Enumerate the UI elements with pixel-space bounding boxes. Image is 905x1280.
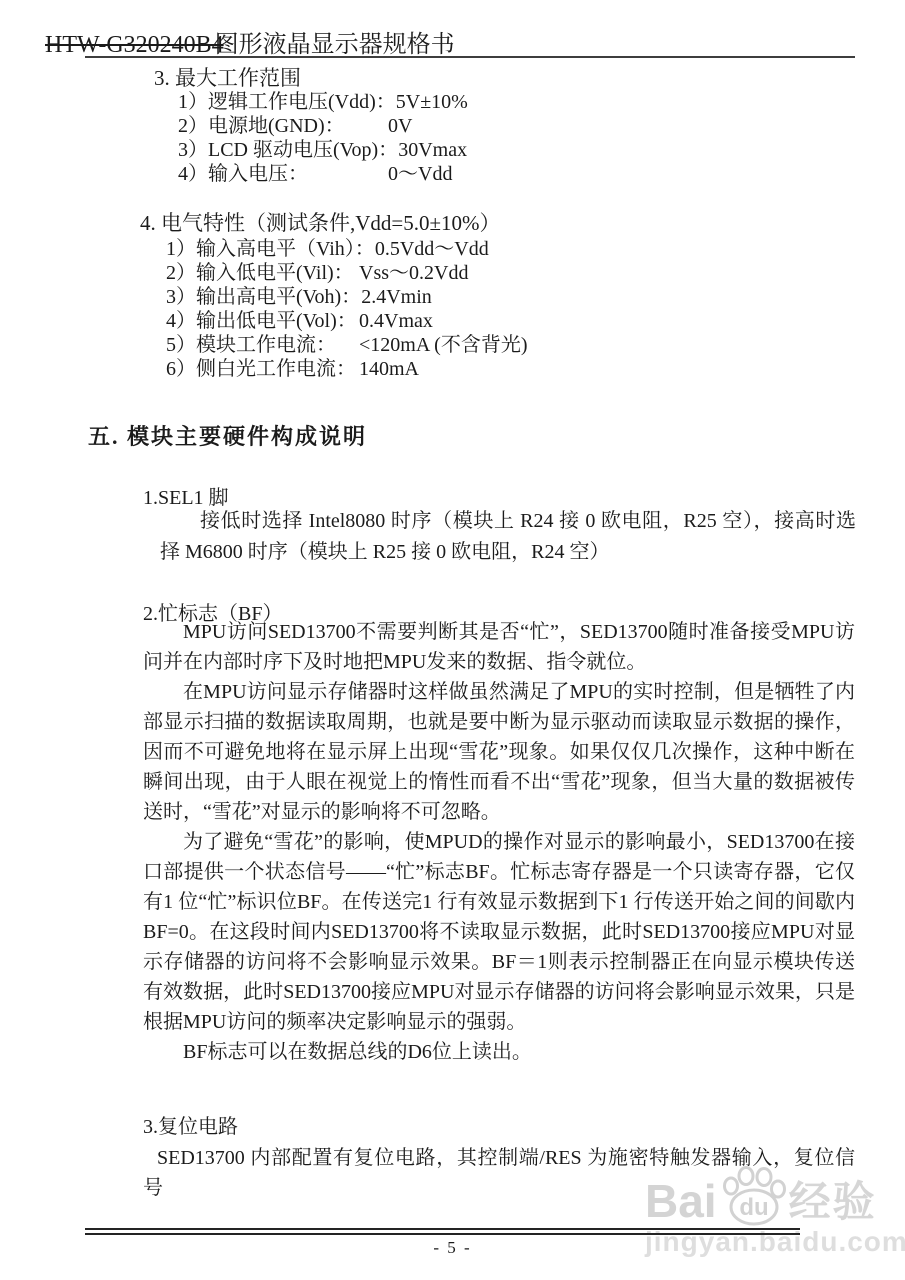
spec-label: 5）模块工作电流： (166, 333, 359, 357)
sel1-paragraph: 接低时选择 Intel8080 时序（模块上 R24 接 0 欧电阻，R25 空… (160, 506, 856, 568)
baidu-paw-icon: du (719, 1166, 787, 1230)
watermark-logo-row: Bai du 经验 (645, 1166, 905, 1224)
spec-value: 140mA (359, 357, 419, 381)
list-item: 4）输出低电平(Vol)： 0.4Vmax (166, 309, 528, 333)
spec-value: 0V (388, 114, 412, 138)
spec-value: 0～Vdd (388, 162, 452, 186)
list-item: 5）模块工作电流： <120mA (不含背光) (166, 333, 528, 357)
spec-value: 5V±10% (396, 90, 468, 114)
spec-value: 0.5Vdd～Vdd (375, 237, 489, 261)
list-item: 2）电源地(GND)： 0V (178, 114, 468, 138)
list-item: 3）输出高电平(Voh)： 2.4Vmin (166, 285, 528, 309)
electrical-list: 1）输入高电平（Vih）： 0.5Vdd～Vdd 2）输入低电平(Vil)： V… (166, 237, 528, 381)
list-item: 4）输入电压： 0～Vdd (178, 162, 468, 186)
spec-label: 2）输入低电平(Vil)： (166, 261, 359, 285)
spec-label: 4）输出低电平(Vol)： (166, 309, 359, 333)
subsection-heading-reset: 3.复位电路 (143, 1110, 238, 1139)
busy-flag-paragraph-4: BF标志可以在数据总线的D6位上读出。 (143, 1037, 855, 1067)
model-number: HTW-G320240B4 (45, 32, 224, 58)
spec-label: 1）逻辑工作电压(Vdd)： (178, 90, 396, 114)
spec-value: 2.4Vmin (361, 285, 432, 309)
spec-label: 3）LCD 驱动电压(Vop)： (178, 138, 398, 162)
busy-flag-body: MPU访问SED13700不需要判断其是否“忙”，SED13700随时准备接受M… (143, 617, 855, 1067)
footer-rule (85, 1228, 800, 1235)
spec-value: Vss～0.2Vdd (359, 261, 468, 285)
document-title: HTW-G320240B4图形液晶显示器规格书 (45, 24, 455, 59)
spec-label: 6）侧白光工作电流： (166, 357, 359, 381)
title-suffix: 图形液晶显示器规格书 (215, 32, 455, 58)
spec-value: 30Vmax (398, 138, 467, 162)
spec-label: 3）输出高电平(Voh)： (166, 285, 361, 309)
chapter-heading-hardware: 五. 模块主要硬件构成说明 (88, 420, 367, 451)
page-number: - 5 - (0, 1238, 905, 1258)
max-range-list: 1）逻辑工作电压(Vdd)： 5V±10% 2）电源地(GND)： 0V 3）L… (178, 90, 468, 186)
watermark-brand-latin: Bai (645, 1178, 717, 1224)
section-heading-max-range: 3. 最大工作范围 (154, 62, 301, 92)
busy-flag-paragraph-3: 为了避免“雪花”的影响，使MPUD的操作对显示的影响最小，SED13700在接口… (143, 827, 855, 1037)
spec-label: 2）电源地(GND)： (178, 114, 388, 138)
section-heading-electrical: 4. 电气特性（测试条件,Vdd=5.0±10%） (140, 207, 501, 237)
spec-label: 4）输入电压： (178, 162, 388, 186)
list-item: 6）侧白光工作电流： 140mA (166, 357, 528, 381)
header-rule (85, 56, 855, 58)
spec-label: 1）输入高电平（Vih）： (166, 237, 375, 261)
list-item: 1）输入高电平（Vih）： 0.5Vdd～Vdd (166, 237, 528, 261)
busy-flag-paragraph-1: MPU访问SED13700不需要判断其是否“忙”，SED13700随时准备接受M… (143, 617, 855, 677)
watermark-brand-cn: 经验 (789, 1182, 877, 1224)
document-page: HTW-G320240B4图形液晶显示器规格书 3. 最大工作范围 1）逻辑工作… (0, 0, 905, 1280)
list-item: 1）逻辑工作电压(Vdd)： 5V±10% (178, 90, 468, 114)
list-item: 2）输入低电平(Vil)： Vss～0.2Vdd (166, 261, 528, 285)
watermark-paw-text: du (739, 1194, 768, 1221)
spec-value: <120mA (不含背光) (359, 333, 528, 357)
list-item: 3）LCD 驱动电压(Vop)： 30Vmax (178, 138, 468, 162)
busy-flag-paragraph-2: 在MPU访问显示存储器时这样做虽然满足了MPU的实时控制，但是牺牲了内部显示扫描… (143, 677, 855, 827)
spec-value: 0.4Vmax (359, 309, 433, 333)
